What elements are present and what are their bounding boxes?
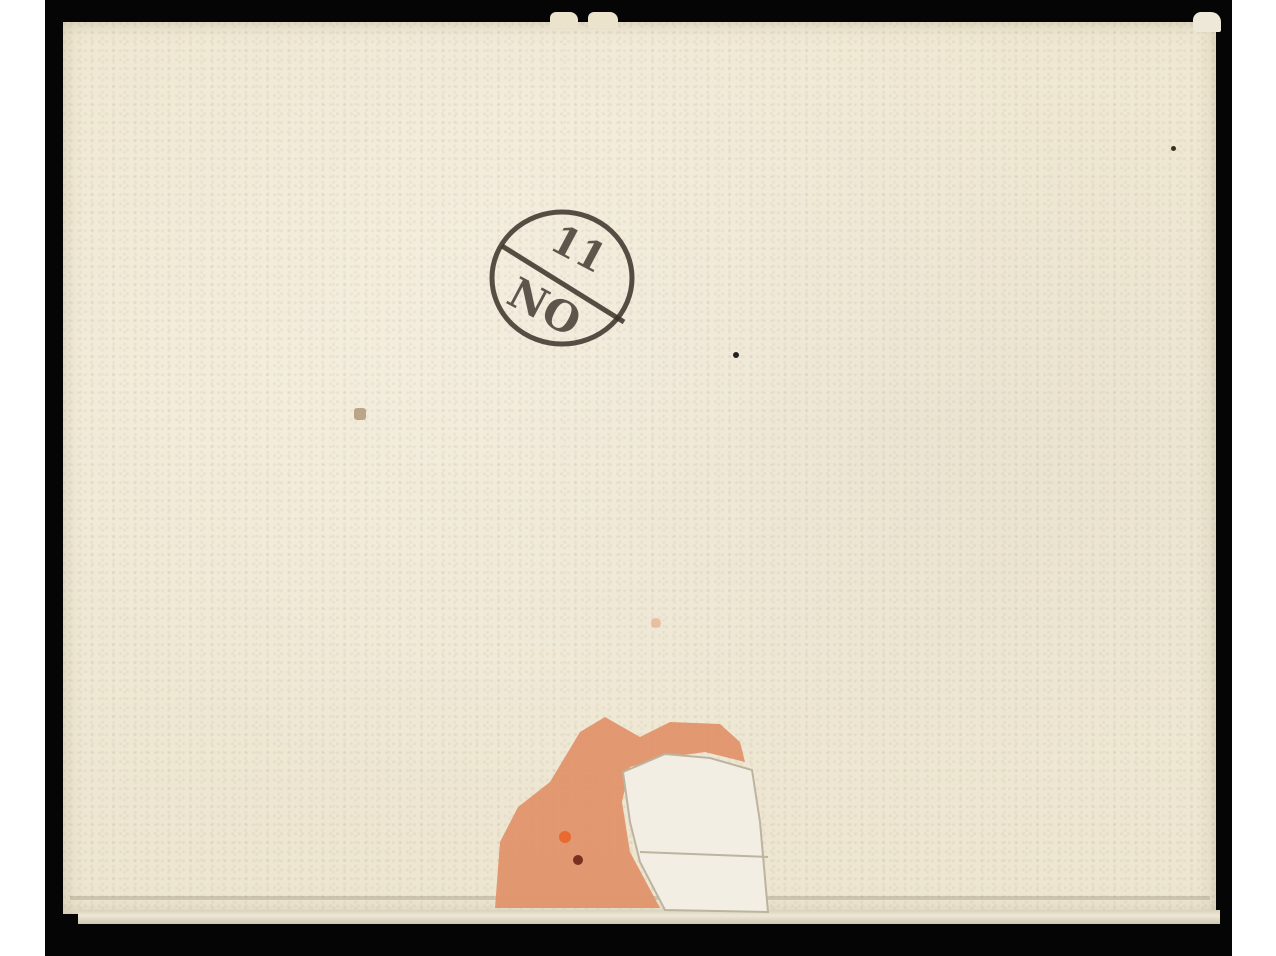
ink-dot	[733, 352, 739, 358]
torn-paper-fiber	[588, 12, 618, 28]
wax-seal-icon	[490, 712, 770, 918]
torn-paper-fiber	[550, 12, 578, 28]
postmark-icon: 11 NO	[484, 204, 640, 354]
wax-seal-remnant	[490, 712, 770, 918]
torn-corner	[1193, 12, 1221, 32]
wax-fleck	[651, 618, 661, 628]
stain-spot	[354, 408, 366, 420]
svg-text:NO: NO	[500, 268, 589, 346]
ink-dot	[1171, 146, 1176, 151]
bishop-mark-postmark: 11 NO	[484, 204, 640, 354]
